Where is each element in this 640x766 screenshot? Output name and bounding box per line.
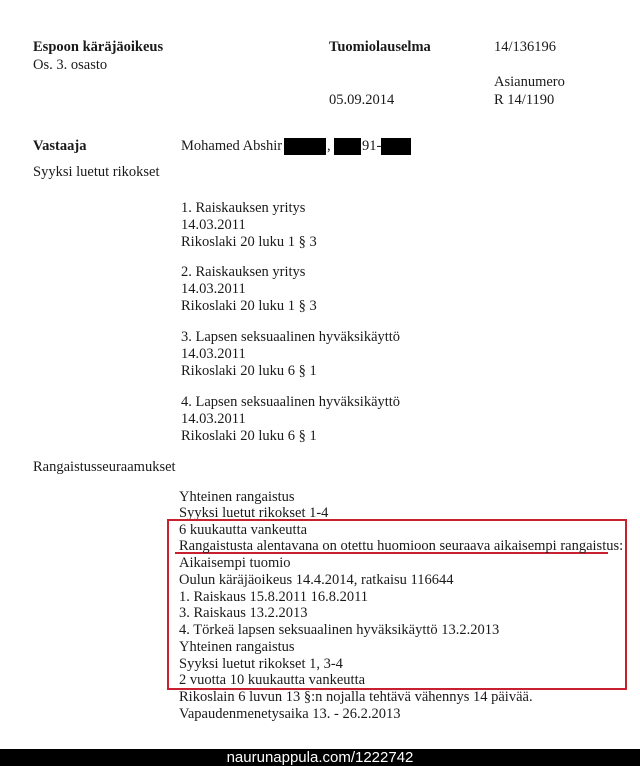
charge-date: 14.03.2011 [181,280,246,298]
sanction-line: Yhteinen rangaistus [179,638,295,656]
sanction-line: Oulun käräjäoikeus 14.4.2014, ratkaisu 1… [179,571,454,589]
document-type: Tuomiolauselma [329,38,431,56]
sanction-line: Rikoslain 6 luvun 13 §:n nojalla tehtävä… [179,688,533,706]
redaction-block [381,138,411,155]
defendant-name: Mohamed Abshir [181,137,282,155]
charge-title: 3. Lapsen seksuaalinen hyväksikäyttö [181,328,400,346]
case-number-label: Asianumero [494,73,565,91]
sanction-line: 2 vuotta 10 kuukautta vankeutta [179,671,365,689]
charge-title: 2. Raiskauksen yritys [181,263,305,281]
charge-date: 14.03.2011 [181,345,246,363]
document-number: 14/136196 [494,38,556,56]
charge-date: 14.03.2011 [181,410,246,428]
defendant-id-partial: 91- [362,137,381,155]
case-number: R 14/1190 [494,91,554,109]
charge-law: Rikoslaki 20 luku 1 § 3 [181,297,317,315]
charge-law: Rikoslaki 20 luku 6 § 1 [181,362,317,380]
charge-title: 4. Lapsen seksuaalinen hyväksikäyttö [181,393,400,411]
sanction-line: 4. Törkeä lapsen seksuaalinen hyväksikäy… [179,621,499,639]
sanction-line: Aikaisempi tuomio [179,554,291,572]
watermark-bar: naurunappula.com/1222742 [0,749,640,766]
sanction-line-highlighted: Rangaistusta alentavana on otettu huomio… [179,537,623,555]
name-separator: , [327,137,331,155]
sanction-line: Vapaudenmenetysaika 13. - 26.2.2013 [179,705,400,723]
redaction-block [284,138,326,155]
document-date: 05.09.2014 [329,91,394,109]
sanction-line: 3. Raiskaus 13.2.2013 [179,604,307,622]
charge-law: Rikoslaki 20 luku 6 § 1 [181,427,317,445]
department: Os. 3. osasto [33,56,107,74]
sanctions-label: Rangaistusseuraamukset [33,458,176,476]
charge-date: 14.03.2011 [181,216,246,234]
defendant-label: Vastaaja [33,137,86,155]
charges-label: Syyksi luetut rikokset [33,163,159,181]
court-name: Espoon käräjäoikeus [33,38,163,56]
redaction-block [334,138,361,155]
charge-law: Rikoslaki 20 luku 1 § 3 [181,233,317,251]
watermark-text: naurunappula.com/1222742 [227,749,414,766]
charge-title: 1. Raiskauksen yritys [181,199,305,217]
